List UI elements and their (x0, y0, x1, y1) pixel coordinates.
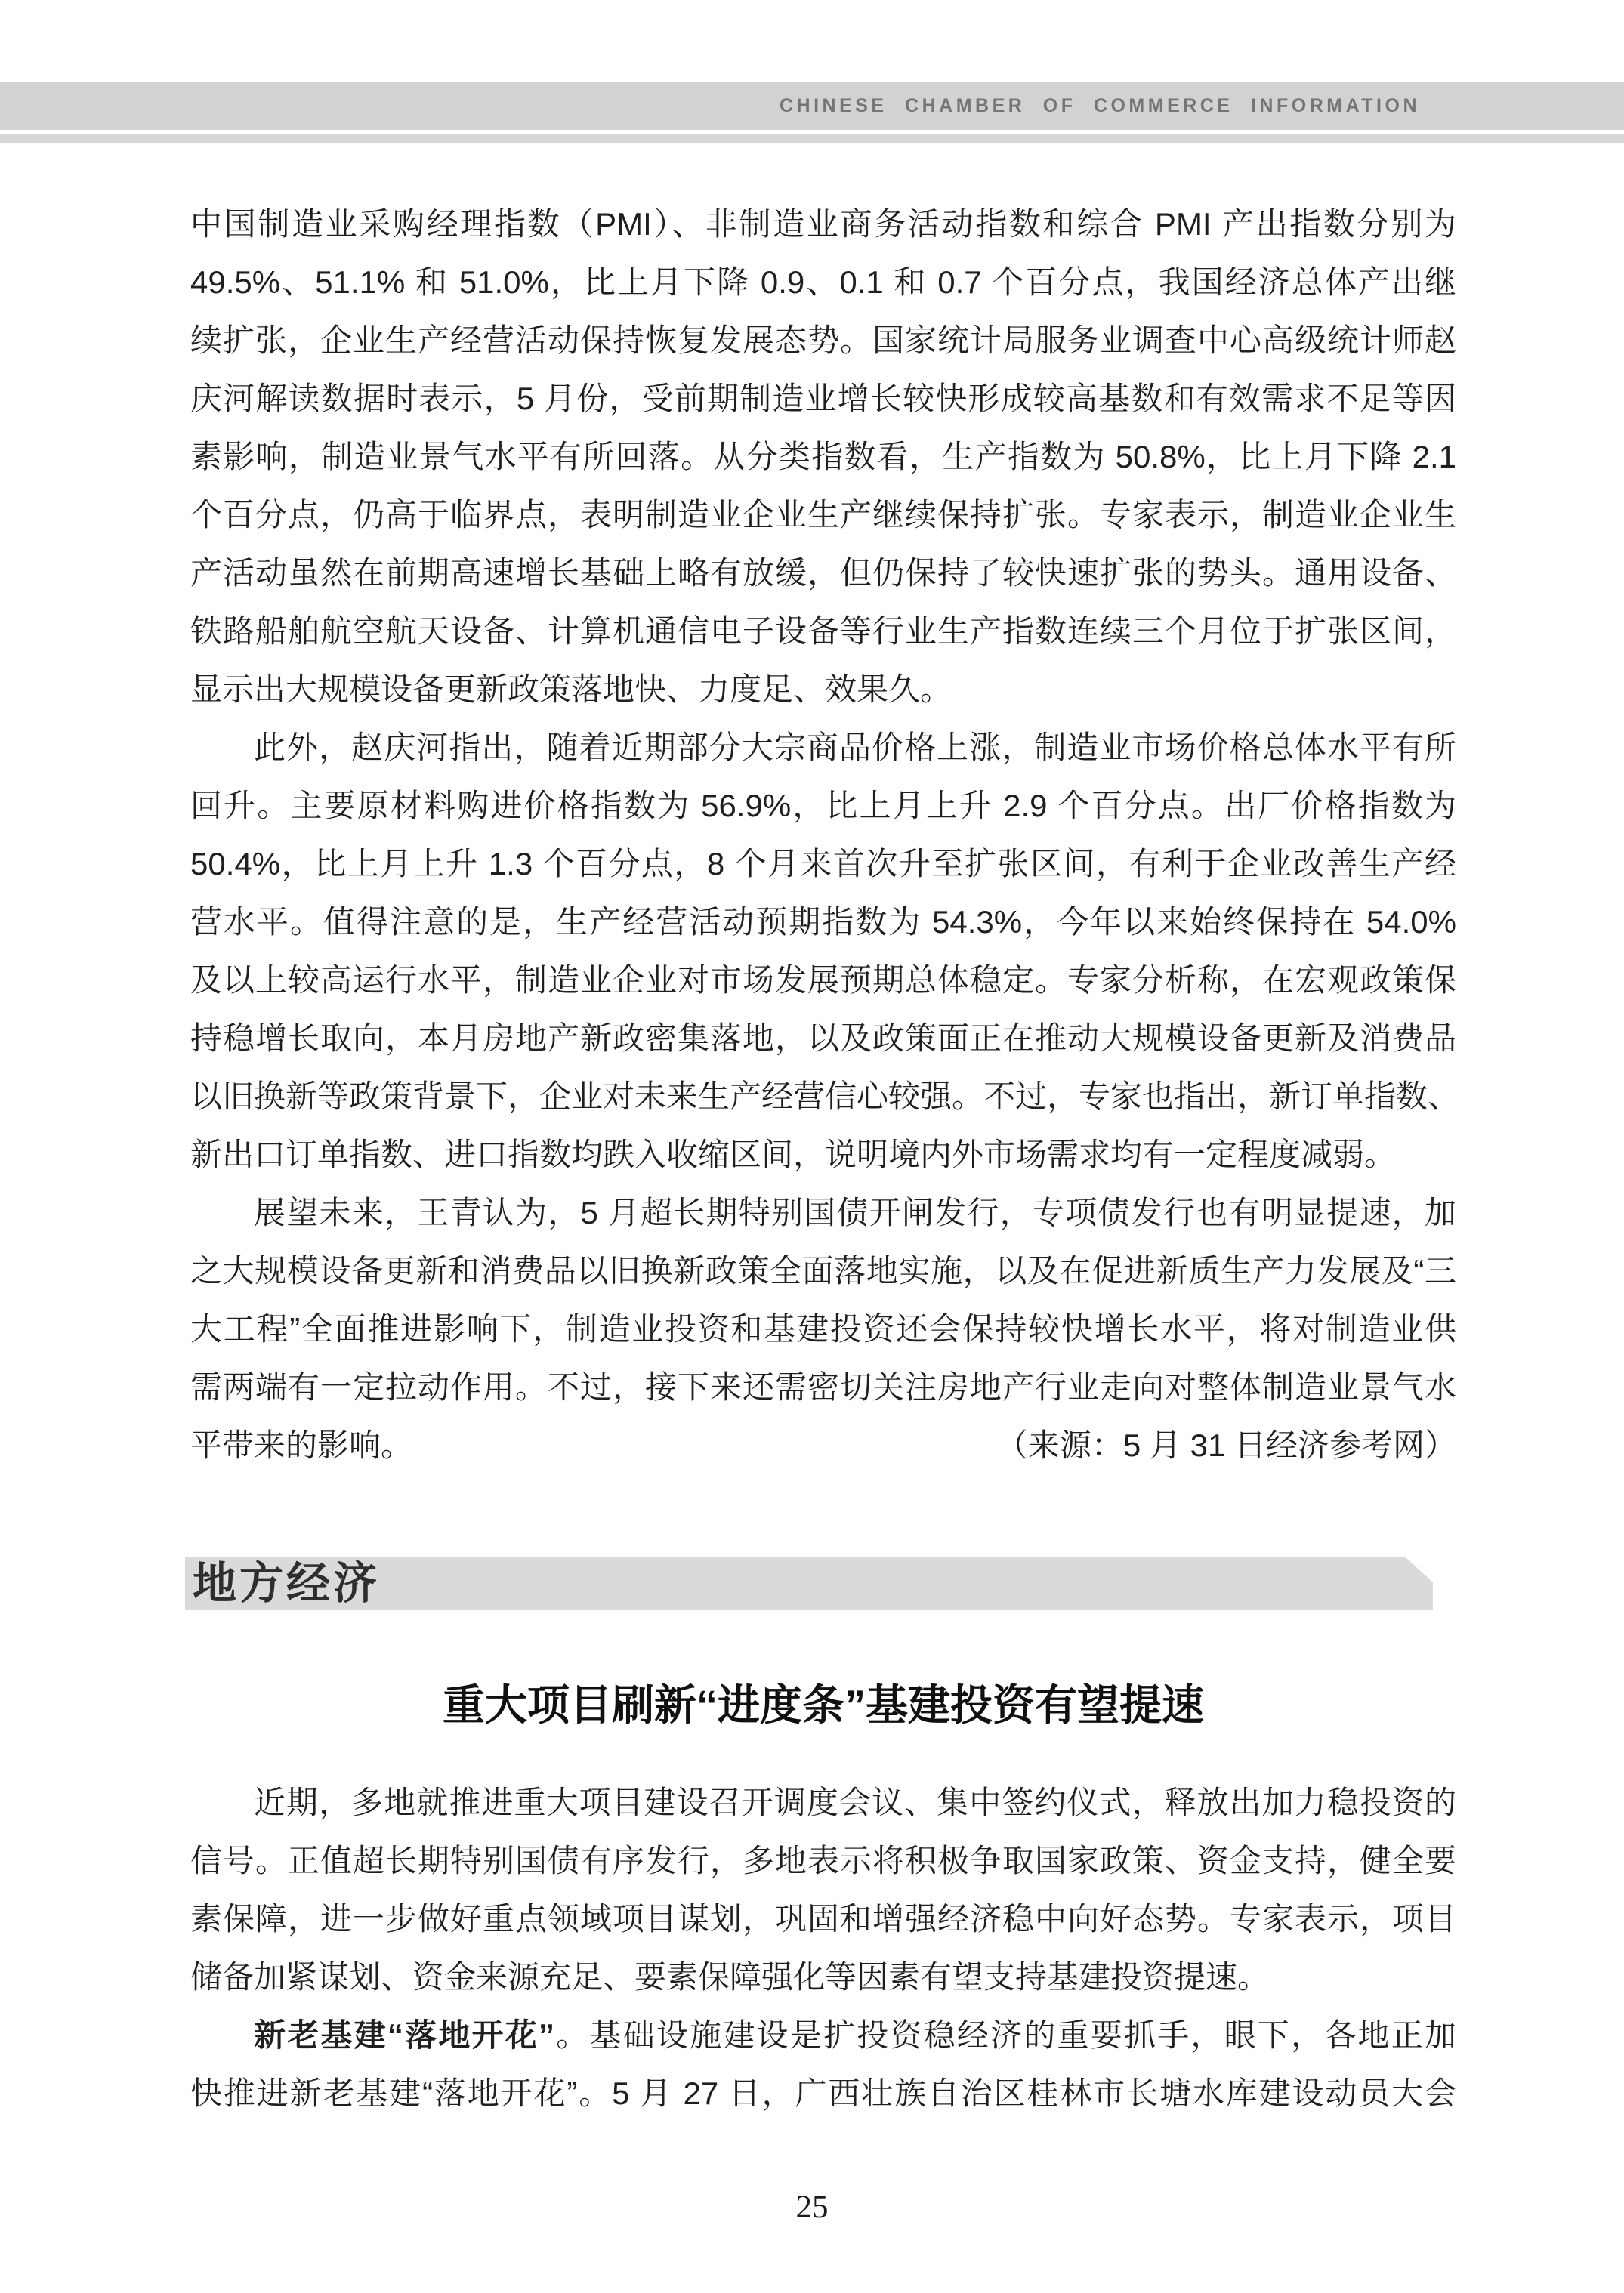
body-line: 铁路船舶航空航天设备、计算机通信电子设备等行业生产指数连续三个月位于扩张区间， (190, 602, 1456, 660)
body-line-end: 平带来的影响。 (190, 1416, 412, 1474)
body-line: 素保障，进一步做好重点领域项目谋划，巩固和增强经济稳中向好态势。专家表示，项目 (190, 1890, 1456, 1948)
body-line: 中国制造业采购经理指数（PMI）、非制造业商务活动指数和综合 PMI 产出指数分… (190, 195, 1456, 253)
body-line: 新出口订单指数、进口指数均跌入收缩区间，说明境内外市场需求均有一定程度减弱。 (190, 1125, 1456, 1184)
article-title: 重大项目刷新“进度条”基建投资有望提速 (190, 1671, 1456, 1740)
body-line: 显示出大规模设备更新政策落地快、力度足、效果久。 (190, 660, 1456, 718)
body-line: 续扩张，企业生产经营活动保持恢复发展态势。国家统计局服务业调查中心高级统计师赵 (190, 311, 1456, 369)
body-line: 展望未来，王青认为，5 月超长期特别国债开闸发行，专项债发行也有明显提速，加 (190, 1184, 1456, 1242)
body-line: 个百分点，仍高于临界点，表明制造业企业生产继续保持扩张。专家表示，制造业企业生 (190, 486, 1456, 544)
body-line-with-bold-lead: 新老基建“落地开花”。基础设施建设是扩投资稳经济的重要抓手，眼下，各地正加 (190, 2006, 1456, 2064)
body-line-with-source: 平带来的影响。 （来源：5 月 31 日经济参考网） (190, 1416, 1456, 1474)
body-line: 以旧换新等政策背景下，企业对未来生产经营信心较强。不过，专家也指出，新订单指数、 (190, 1067, 1456, 1125)
body-line: 营水平。值得注意的是，生产经营活动预期指数为 54.3%，今年以来始终保持在 5… (190, 893, 1456, 951)
body-line: 持稳增长取向，本月房地产新政密集落地，以及政策面正在推动大规模设备更新及消费品 (190, 1009, 1456, 1067)
body-line: 素影响，制造业景气水平有所回落。从分类指数看，生产指数为 50.8%，比上月下降… (190, 427, 1456, 486)
body-line-rest: 。基础设施建设是扩投资稳经济的重要抓手，眼下，各地正加 (554, 2017, 1456, 2053)
paragraph: 中国制造业采购经理指数（PMI）、非制造业商务活动指数和综合 PMI 产出指数分… (190, 195, 1456, 718)
body-line: 庆河解读数据时表示，5 月份，受前期制造业增长较快形成较高基数和有效需求不足等因 (190, 369, 1456, 427)
section-title: 地方经济 (193, 1557, 380, 1610)
source-attribution: （来源：5 月 31 日经济参考网） (996, 1416, 1456, 1474)
article1-body: 中国制造业采购经理指数（PMI）、非制造业商务活动指数和综合 PMI 产出指数分… (190, 195, 1456, 1474)
body-line: 此外，赵庆河指出，随着近期部分大宗商品价格上涨，制造业市场价格总体水平有所 (190, 718, 1456, 776)
body-line: 49.5%、51.1% 和 51.0%，比上月下降 0.9、0.1 和 0.7 … (190, 253, 1456, 311)
document-page: { "header": { "banner_text": "CHINESE CH… (0, 0, 1624, 2293)
section-header-bar: 地方经济 (185, 1557, 1433, 1610)
header-banner-text: CHINESE CHAMBER OF COMMERCE INFORMATION (780, 82, 1420, 130)
paragraph: 新老基建“落地开花”。基础设施建设是扩投资稳经济的重要抓手，眼下，各地正加 快推… (190, 2006, 1456, 2122)
article2-body: 近期，多地就推进重大项目建设召开调度会议、集中签约仪式，释放出加力稳投资的 信号… (190, 1773, 1456, 2122)
body-line: 及以上较高运行水平，制造业企业对市场发展预期总体稳定。专家分析称，在宏观政策保 (190, 951, 1456, 1009)
body-line: 快推进新老基建“落地开花”。5 月 27 日，广西壮族自治区桂林市长塘水库建设动… (190, 2064, 1456, 2122)
body-line: 回升。主要原材料购进价格指数为 56.9%，比上月上升 2.9 个百分点。出厂价… (190, 776, 1456, 835)
body-line: 近期，多地就推进重大项目建设召开调度会议、集中签约仪式，释放出加力稳投资的 (190, 1773, 1456, 1832)
body-line: 之大规模设备更新和消费品以旧换新政策全面落地实施，以及在促进新质生产力发展及“三 (190, 1242, 1456, 1300)
bold-lead-text: 新老基建“落地开花” (254, 2017, 554, 2053)
page-number: 25 (0, 2185, 1624, 2230)
header-divider-bar (0, 134, 1624, 143)
body-line: 产活动虽然在前期高速增长基础上略有放缓，但仍保持了较快速扩张的势头。通用设备、 (190, 544, 1456, 602)
header-banner-bar: CHINESE CHAMBER OF COMMERCE INFORMATION (0, 82, 1624, 130)
body-line: 信号。正值超长期特别国债有序发行，多地表示将积极争取国家政策、资金支持，健全要 (190, 1832, 1456, 1890)
body-line: 储备加紧谋划、资金来源充足、要素保障强化等因素有望支持基建投资提速。 (190, 1948, 1456, 2006)
paragraph: 近期，多地就推进重大项目建设召开调度会议、集中签约仪式，释放出加力稳投资的 信号… (190, 1773, 1456, 2006)
paragraph: 展望未来，王青认为，5 月超长期特别国债开闸发行，专项债发行也有明显提速，加 之… (190, 1184, 1456, 1474)
body-line: 需两端有一定拉动作用。不过，接下来还需密切关注房地产行业走向对整体制造业景气水 (190, 1358, 1456, 1416)
paragraph: 此外，赵庆河指出，随着近期部分大宗商品价格上涨，制造业市场价格总体水平有所 回升… (190, 718, 1456, 1184)
body-line: 50.4%，比上月上升 1.3 个百分点，8 个月来首次升至扩张区间，有利于企业… (190, 835, 1456, 893)
body-line: 大工程”全面推进影响下，制造业投资和基建投资还会保持较快增长水平，将对制造业供 (190, 1300, 1456, 1358)
